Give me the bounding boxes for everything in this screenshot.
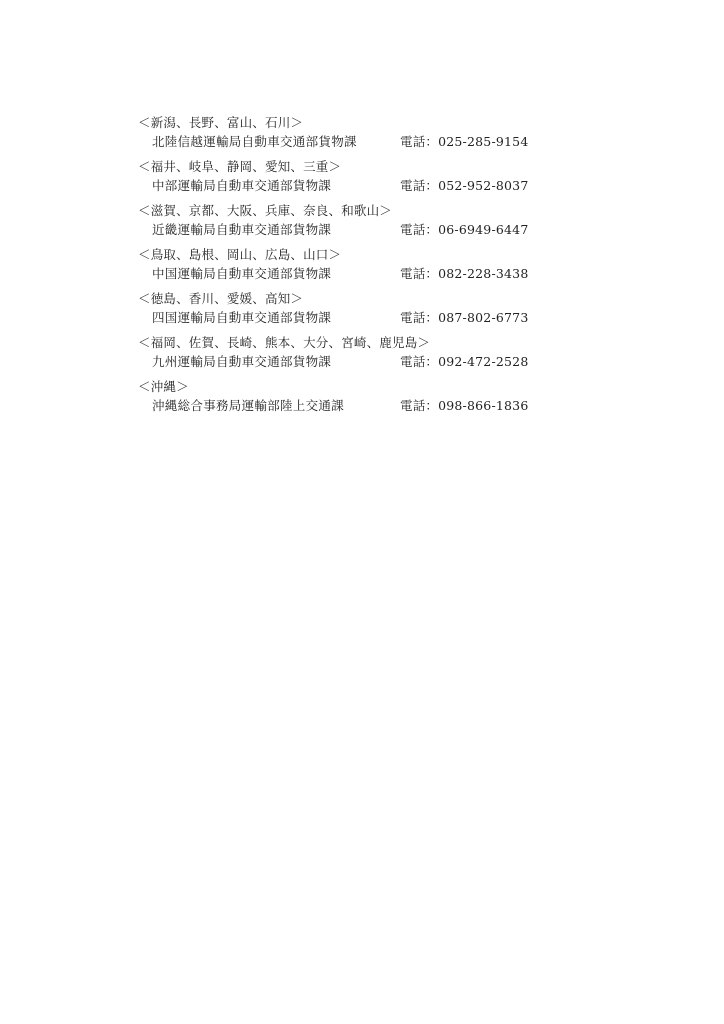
contact-entry-chugoku: ＜鳥取、島根、岡山、広島、山口＞ 中国運輸局自動車交通部貨物課 電話：082-2…	[138, 246, 538, 290]
region-heading: ＜沖縄＞	[138, 378, 189, 396]
region-heading: ＜徳島、香川、愛媛、高知＞	[138, 290, 303, 308]
phone-number: 電話：052-952-8037	[400, 177, 528, 195]
contact-entry-kyushu: ＜福岡、佐賀、長崎、熊本、大分、宮崎、鹿児島＞ 九州運輸局自動車交通部貨物課 電…	[138, 334, 538, 378]
phone-number: 電話：098-866-1836	[400, 397, 528, 415]
region-heading: ＜鳥取、島根、岡山、広島、山口＞	[138, 246, 341, 264]
phone-number: 電話：06-6949-6447	[400, 221, 528, 239]
phone-number: 電話：082-228-3438	[400, 265, 528, 283]
office-name: 四国運輸局自動車交通部貨物課	[152, 309, 331, 327]
phone-number: 電話：025-285-9154	[400, 133, 528, 151]
region-heading: ＜新潟、長野、富山、石川＞	[138, 114, 303, 132]
office-name: 近畿運輸局自動車交通部貨物課	[152, 221, 331, 239]
region-heading: ＜福井、岐阜、静岡、愛知、三重＞	[138, 158, 341, 176]
office-name: 沖縄総合事務局運輸部陸上交通課	[152, 397, 344, 415]
contact-entry-chubu: ＜福井、岐阜、静岡、愛知、三重＞ 中部運輸局自動車交通部貨物課 電話：052-9…	[138, 158, 538, 202]
contact-entry-shikoku: ＜徳島、香川、愛媛、高知＞ 四国運輸局自動車交通部貨物課 電話：087-802-…	[138, 290, 538, 334]
contact-entry-hokuriku-shinetsu: ＜新潟、長野、富山、石川＞ 北陸信越運輸局自動車交通部貨物課 電話：025-28…	[138, 114, 538, 158]
office-name: 九州運輸局自動車交通部貨物課	[152, 353, 331, 371]
phone-number: 電話：087-802-6773	[400, 309, 528, 327]
contact-entry-kinki: ＜滋賀、京都、大阪、兵庫、奈良、和歌山＞ 近畿運輸局自動車交通部貨物課 電話：0…	[138, 202, 538, 246]
office-name: 北陸信越運輸局自動車交通部貨物課	[152, 133, 357, 151]
region-heading: ＜滋賀、京都、大阪、兵庫、奈良、和歌山＞	[138, 202, 392, 220]
document-page: ＜新潟、長野、富山、石川＞ 北陸信越運輸局自動車交通部貨物課 電話：025-28…	[0, 0, 724, 1024]
contact-list: ＜新潟、長野、富山、石川＞ 北陸信越運輸局自動車交通部貨物課 電話：025-28…	[138, 114, 538, 422]
phone-number: 電話：092-472-2528	[400, 353, 528, 371]
office-name: 中部運輸局自動車交通部貨物課	[152, 177, 331, 195]
region-heading: ＜福岡、佐賀、長崎、熊本、大分、宮崎、鹿児島＞	[138, 334, 430, 352]
office-name: 中国運輸局自動車交通部貨物課	[152, 265, 331, 283]
contact-entry-okinawa: ＜沖縄＞ 沖縄総合事務局運輸部陸上交通課 電話：098-866-1836	[138, 378, 538, 422]
